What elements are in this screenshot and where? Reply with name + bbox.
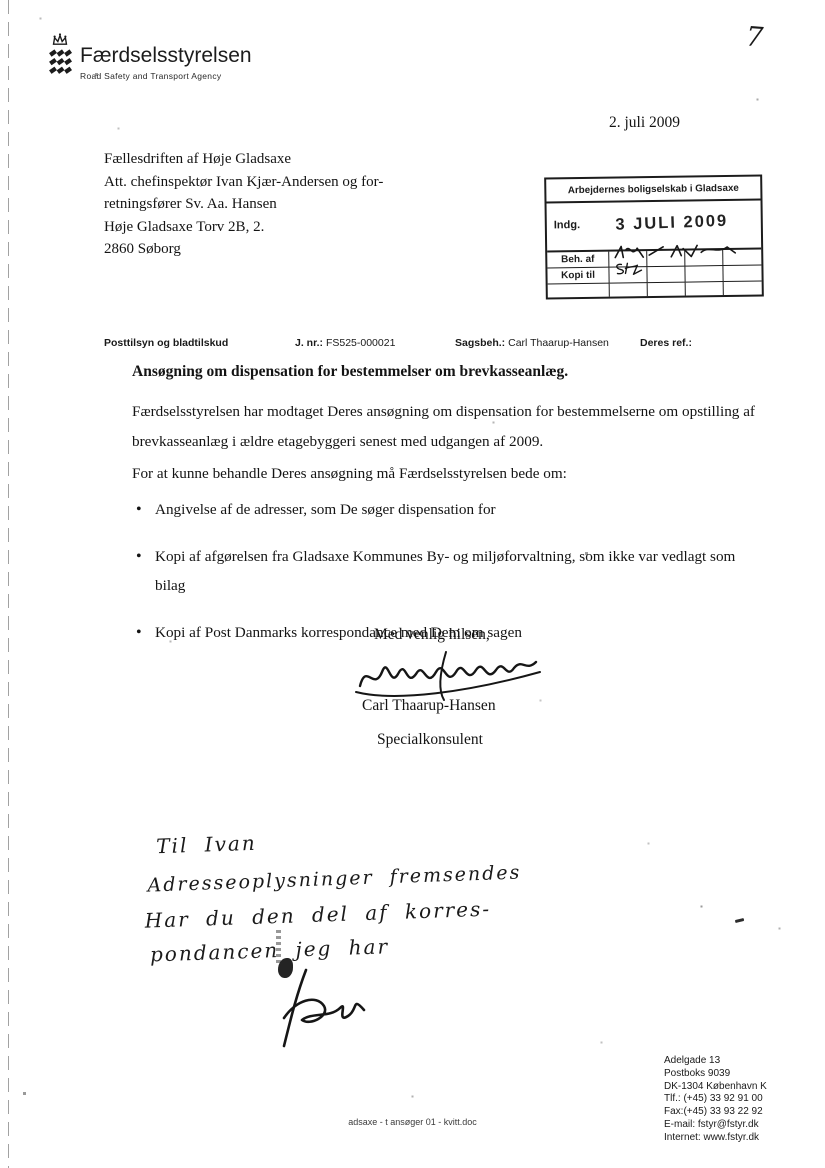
stray-pen-mark — [735, 918, 744, 923]
note-line: Til Ivan — [156, 822, 521, 859]
your-reference-label: Deres ref.: — [640, 337, 692, 349]
note-line: Adresseoplysninger fremsendes — [147, 862, 522, 897]
body-paragraph: For at kunne behandle Deres ansøgning må… — [132, 459, 772, 489]
recipient-line: Fællesdriften af Høje Gladsaxe — [104, 148, 383, 171]
stamp-row-label: Beh. af — [547, 252, 609, 269]
handwritten-note: Til Ivan Adresseoplysninger fremsendes H… — [148, 822, 524, 967]
stamp-row-label: Kopi til — [547, 268, 609, 285]
signer-name: Carl Thaarup-Hansen — [362, 697, 496, 715]
footer-address-line: Adelgade 13 — [664, 1055, 767, 1068]
recipient-address: Fællesdriften af Høje Gladsaxe Att. chef… — [104, 148, 383, 261]
document-filename: adsaxe - t ansøger 01 - kvitt.doc — [0, 1117, 825, 1127]
recipient-line: Høje Gladsaxe Torv 2B, 2. — [104, 216, 383, 239]
received-stamp-box: Arbejdernes boligselskab i Gladsaxe Indg… — [544, 174, 764, 299]
agency-logo: Færdselsstyrelsen Road Safety and Transp… — [46, 30, 252, 81]
footer-address-line: Postboks 9039 — [664, 1068, 767, 1081]
signer-signature-scribble — [352, 646, 547, 704]
recipient-line: 2860 Søborg — [104, 238, 383, 261]
note-line: Har du den del af korres- — [144, 896, 523, 933]
closing-salutation: Med venlig hilsen, — [374, 626, 490, 644]
department: Posttilsyn og bladtilskud — [104, 337, 228, 349]
recipient-line: Att. chefinspektør Ivan Kjær-Andersen og… — [104, 171, 383, 194]
body-paragraph: Færdselsstyrelsen har modtaget Deres ans… — [132, 397, 772, 457]
footer-address-line: Internet: www.fstyr.dk — [664, 1132, 767, 1145]
caseworker-value: Carl Thaarup-Hansen — [508, 337, 609, 349]
signer-title: Specialkonsulent — [377, 731, 483, 749]
agency-footer-address: Adelgade 13 Postboks 9039 DK-1304 Københ… — [664, 1055, 767, 1145]
recipient-line: retningsfører Sv. Aa. Hansen — [104, 193, 383, 216]
agency-name: Færdselsstyrelsen — [80, 44, 252, 68]
stamp-received-label: Indg. — [554, 219, 580, 231]
stamp-routing-table: Beh. af Kopi til — [547, 248, 762, 298]
bullet-item: Kopi af afgørelsen fra Gladsaxe Kommunes… — [136, 542, 758, 600]
note-signature-scribble — [248, 966, 388, 1051]
letter-date: 2. juli 2009 — [609, 114, 680, 132]
subject-line: Ansøgning om dispensation for bestemmels… — [132, 363, 568, 381]
stamp-date: 3 JULI 2009 — [597, 211, 748, 235]
footer-address-line: Tlf.: (+45) 33 92 91 00 — [664, 1093, 767, 1106]
journal-value: FS525-000021 — [326, 337, 395, 349]
stamp-title: Arbejdernes boligselskab i Gladsaxe — [546, 177, 760, 204]
scan-noise — [0, 0, 1, 1]
agency-subtitle: Road Safety and Transport Agency — [80, 71, 252, 81]
crown-tyre-tracks-icon — [46, 32, 74, 80]
bullet-item: Angivelse af de adresser, som De søger d… — [136, 495, 758, 524]
note-line: pondancen jeg har — [150, 929, 525, 966]
handwritten-page-number: 7 — [745, 21, 764, 53]
ink-smear-artifact — [276, 930, 281, 964]
caseworker-label: Sagsbeh.: — [455, 337, 505, 349]
reference-line: Posttilsyn og bladtilskud J. nr.: FS525-… — [104, 337, 784, 353]
journal-number: J. nr.: FS525-000021 — [295, 337, 395, 349]
scan-edge-artifact — [8, 0, 9, 1168]
caseworker: Sagsbeh.: Carl Thaarup-Hansen — [455, 337, 609, 349]
journal-label: J. nr.: — [295, 337, 323, 349]
scanned-letter-page: Færdselsstyrelsen Road Safety and Transp… — [0, 0, 825, 1168]
footer-address-line: DK-1304 København K — [664, 1081, 767, 1094]
